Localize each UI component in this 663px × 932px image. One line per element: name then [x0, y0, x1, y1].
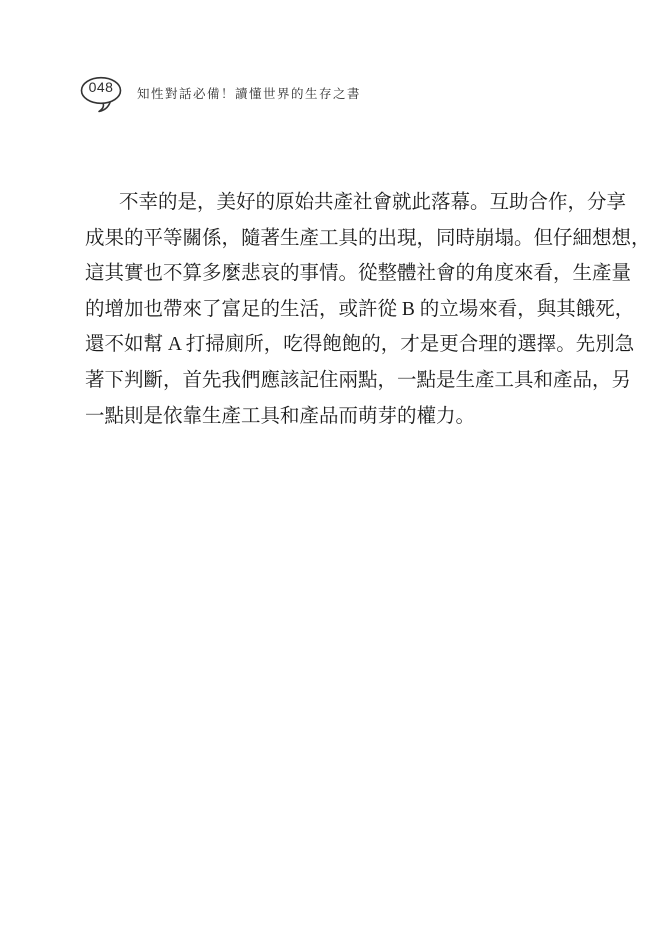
paragraph-line: 不幸的是，美好的原始共產社會就此落幕。互助合作，分享: [85, 185, 577, 221]
paragraph-line: 成果的平等關係，隨著生產工具的出現，同時崩塌。但仔細想想，: [85, 221, 577, 257]
paragraph-line: 這其實也不算多麼悲哀的事情。從整體社會的角度來看，生產量: [85, 256, 577, 292]
body-paragraph: 不幸的是，美好的原始共產社會就此落幕。互助合作，分享 成果的平等關係，隨著生產工…: [85, 185, 577, 434]
page-number: 048: [80, 79, 122, 95]
paragraph-line: 一點則是依靠生產工具和產品而萌芽的權力。: [85, 399, 577, 435]
paragraph-line: 著下判斷，首先我們應該記住兩點，一點是生產工具和產品，另: [85, 363, 577, 399]
page-number-bubble: 048: [80, 76, 124, 114]
paragraph-line: 的增加也帶來了富足的生活，或許從 B 的立場來看，與其餓死，: [85, 292, 577, 328]
paragraph-line: 還不如幫 A 打掃廁所，吃得飽飽的，才是更合理的選擇。先別急: [85, 327, 577, 363]
page-header: 048 知性對話必備！讀懂世界的生存之書: [80, 80, 361, 110]
book-page: 048 知性對話必備！讀懂世界的生存之書 不幸的是，美好的原始共產社會就此落幕。…: [0, 0, 663, 932]
running-header-title: 知性對話必備！讀懂世界的生存之書: [137, 84, 361, 102]
